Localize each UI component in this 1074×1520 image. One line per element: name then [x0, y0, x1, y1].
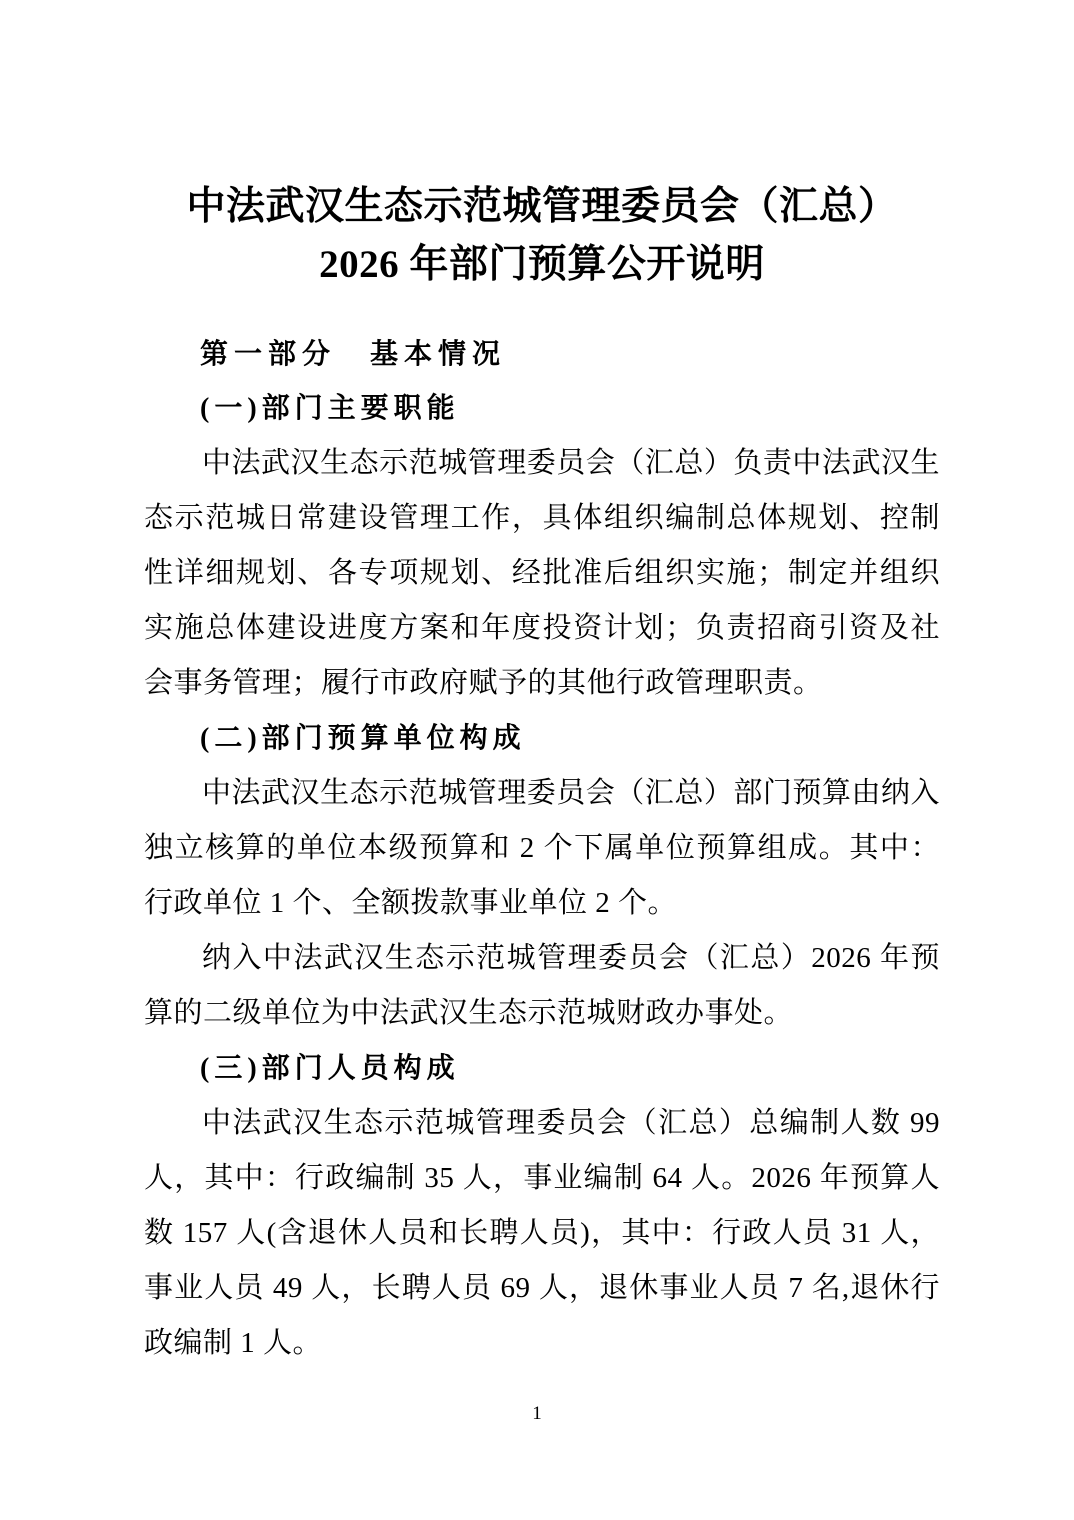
page-number: 1 — [0, 1400, 1074, 1428]
section-heading-1: (一)部门主要职能 — [144, 381, 940, 436]
body-paragraph: 纳入中法武汉生态示范城管理委员会（汇总）2026 年预算的二级单位为中法武汉生态… — [144, 931, 940, 1041]
body-paragraph: 中法武汉生态示范城管理委员会（汇总）负责中法武汉生态示范城日常建设管理工作，具体… — [144, 436, 940, 711]
section-heading-3: (三)部门人员构成 — [144, 1041, 940, 1096]
document-title-line1: 中法武汉生态示范城管理委员会（汇总） — [144, 178, 940, 236]
body-paragraph: 中法武汉生态示范城管理委员会（汇总）部门预算由纳入独立核算的单位本级预算和 2 … — [144, 766, 940, 931]
section-heading-2: (二)部门预算单位构成 — [144, 711, 940, 766]
part-heading: 第一部分 基本情况 — [144, 326, 940, 381]
document-title-line2: 2026 年部门预算公开说明 — [144, 236, 940, 294]
body-paragraph: 中法武汉生态示范城管理委员会（汇总）总编制人数 99 人，其中：行政编制 35 … — [144, 1096, 940, 1371]
document-page: 中法武汉生态示范城管理委员会（汇总） 2026 年部门预算公开说明 第一部分 基… — [0, 0, 1074, 1520]
document-title: 中法武汉生态示范城管理委员会（汇总） 2026 年部门预算公开说明 — [144, 178, 940, 294]
